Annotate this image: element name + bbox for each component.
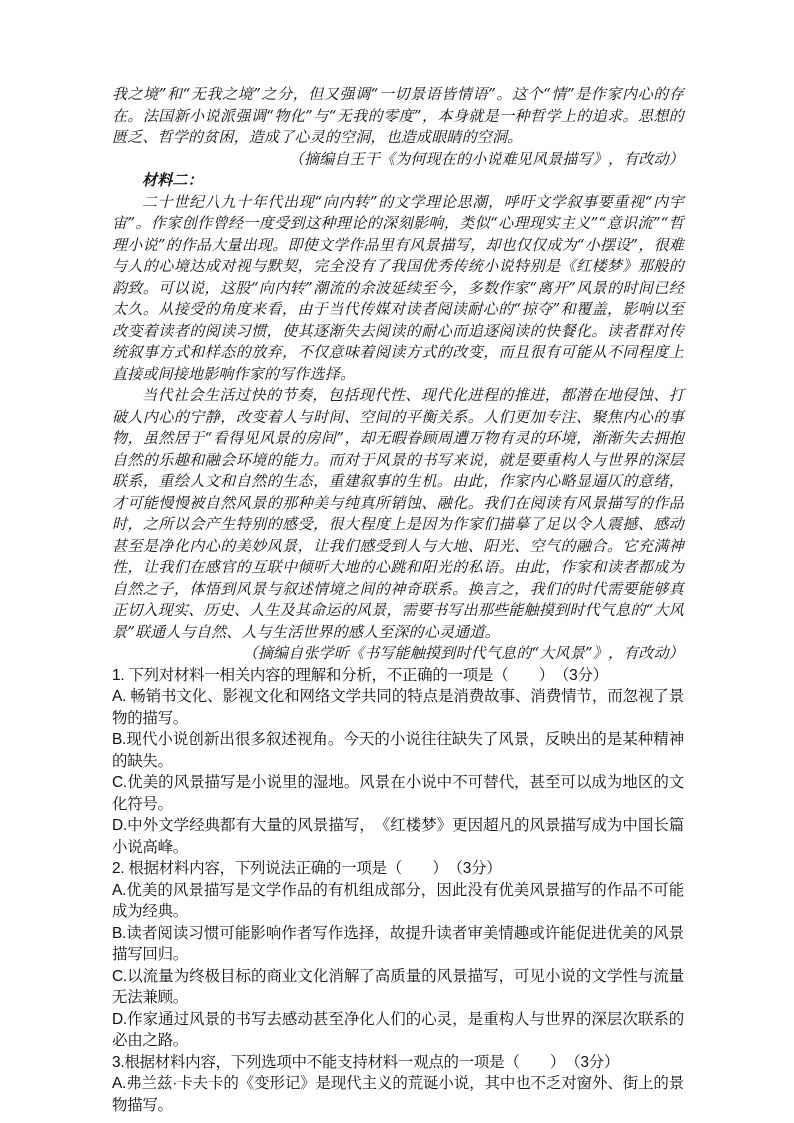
question-2-option-b: B.读者阅读习惯可能影响作者写作选择，故提升读者审美情趣或许能促进优美的风景描写…	[112, 923, 684, 966]
material-two-heading: 材料二：	[112, 170, 684, 192]
question-1-option-d: D.中外文学经典都有大量的风景描写，《红楼梦》更因超凡的风景描写成为中国长篇小说…	[112, 815, 684, 858]
question-3-stem: 3.根据材料内容，下列选项中不能支持材料一观点的一项是（ ）（3分）	[112, 1052, 684, 1074]
question-2-stem: 2. 根据材料内容，下列说法正确的一项是（ ）（3分）	[112, 858, 684, 880]
question-3-option-a: A.弗兰兹·卡夫卡的《变形记》是现代主义的荒诞小说，其中也不乏对窗外、街上的景物…	[112, 1073, 684, 1116]
material-one-continuation-paragraph: 我之境”和“无我之境”之分，但又强调“一切景语皆情语”。这个“情”是作家内心的存…	[112, 84, 684, 149]
question-2-option-c: C.以流量为终极目标的商业文化消解了高质量的风景描写，可见小说的文学性与流量无法…	[112, 966, 684, 1009]
question-1-option-b: B.现代小说创新出很多叙述视角。今天的小说往往缺失了风景，反映出的是某种精神的缺…	[112, 729, 684, 772]
question-1-option-a: A. 畅销书文化、影视文化和网络文学共同的特点是消费故事、消费情节，而忽视了景物…	[112, 686, 684, 729]
question-1-option-c: C.优美的风景描写是小说里的湿地。风景在小说中不可替代，甚至可以成为地区的文化符…	[112, 772, 684, 815]
question-3: 3.根据材料内容，下列选项中不能支持材料一观点的一项是（ ）（3分） A.弗兰兹…	[112, 1052, 684, 1117]
question-1-stem: 1. 下列对材料一相关内容的理解和分析，不正确的一项是（ ）（3分）	[112, 665, 684, 687]
page-content: 我之境”和“无我之境”之分，但又强调“一切景语皆情语”。这个“情”是作家内心的存…	[112, 84, 684, 1116]
exam-document-page: 我之境”和“无我之境”之分，但又强调“一切景语皆情语”。这个“情”是作家内心的存…	[0, 0, 794, 1123]
question-2-option-d: D.作家通过风景的书写去感动甚至净化人们的心灵，是重构人与世界的深层次联系的必由…	[112, 1009, 684, 1052]
material-two-citation: （摘编自张学昕《书写能触摸到时代气息的“大风景”》，有改动）	[112, 643, 684, 665]
material-one-citation: （摘编自王干《为何现在的小说难见风景描写》，有改动）	[112, 149, 684, 171]
question-2-option-a: A.优美的风景描写是文学作品的有机组成部分，因此没有优美风景描写的作品不可能成为…	[112, 880, 684, 923]
question-1: 1. 下列对材料一相关内容的理解和分析，不正确的一项是（ ）（3分） A. 畅销…	[112, 665, 684, 859]
material-two-paragraph-2: 当代社会生活过快的节奏，包括现代性、现代化进程的推进，都潜在地侵蚀、打破人内心的…	[112, 385, 684, 643]
question-2: 2. 根据材料内容，下列说法正确的一项是（ ）（3分） A.优美的风景描写是文学…	[112, 858, 684, 1052]
material-two-paragraph-1: 二十世纪八九十年代出现“向内转”的文学理论思潮，呼吁文学叙事要重视“内宇宙”。作…	[112, 192, 684, 386]
